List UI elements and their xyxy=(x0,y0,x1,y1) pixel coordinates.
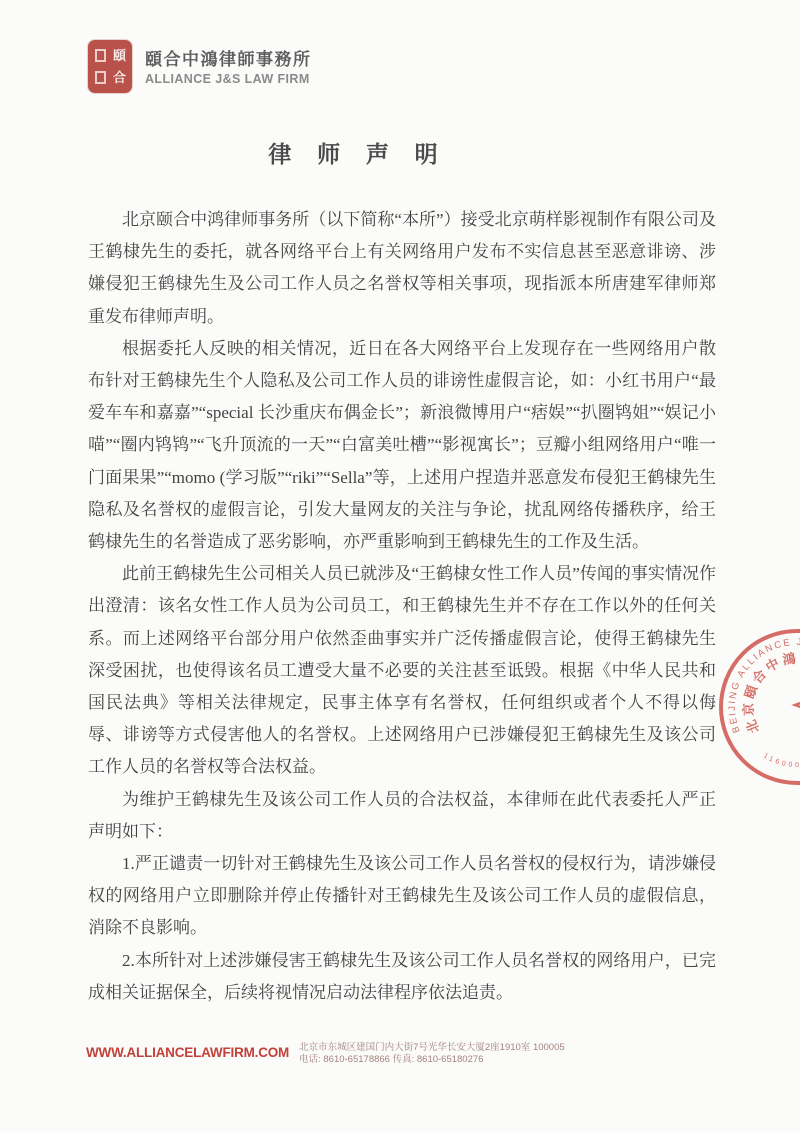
document-title: 律 师 声 明 xyxy=(0,136,716,169)
statement-body: 北京颐合中鸿律师事务所（以下简称“本所”）接受北京萌样影视制作有限公司及王鹤棣先… xyxy=(88,204,716,1009)
paragraph-intro: 北京颐合中鸿律师事务所（以下简称“本所”）接受北京萌样影视制作有限公司及王鹤棣先… xyxy=(88,204,716,333)
footer: WWW.ALLIANCELAWFIRM.COM 北京市东城区建国门内大街7号光华… xyxy=(86,1042,726,1066)
firm-name-english: ALLIANCE J&S LAW FIRM xyxy=(145,72,312,86)
seal-logo-char-1: 頤 xyxy=(110,44,129,67)
footer-contact-block: 北京市东城区建国门内大街7号光华长安大厦2座1910室 100005 电话: 8… xyxy=(299,1042,565,1066)
seal-logo-mark xyxy=(91,67,110,90)
stamp-graphic-icon: BEIJING ALLIANCE J&S LAW FIRM 北京頤合中鴻律師事務… xyxy=(717,627,800,787)
seal-logo-mark xyxy=(91,44,110,67)
paragraph-clarification: 此前王鹤棣先生公司相关人员已就涉及“王鹤棣女性工作人员”传闻的事实情况作出澄清：… xyxy=(88,558,716,783)
paragraph-declaration-lead: 为维护王鹤棣先生及该公司工作人员的合法权益，本律师在此代表委托人严正声明如下： xyxy=(88,784,716,848)
paragraph-allegations: 根据委托人反映的相关情况，近日在各大网络平台上发现存在一些网络用户散布针对王鹤棣… xyxy=(88,333,716,558)
legal-statement-page: { "header": { "logo_seal_chars": ["頤", "… xyxy=(0,0,800,1132)
firm-seal-logo-icon: 頤 合 xyxy=(88,40,132,93)
footer-phone-fax: 电话: 8610-65178866 传真: 8610-65180276 xyxy=(299,1054,565,1066)
firm-name-chinese: 頤合中鴻律師事務所 xyxy=(145,45,312,70)
paragraph-demand-2: 2.本所针对上述涉嫌侵害王鹤棣先生及该公司工作人员名誉权的网络用户，已完成相关证… xyxy=(88,945,716,1009)
firm-website: WWW.ALLIANCELAWFIRM.COM xyxy=(86,1042,289,1060)
official-round-stamp: BEIJING ALLIANCE J&S LAW FIRM 北京頤合中鴻律師事務… xyxy=(717,627,800,787)
letterhead: 頤 合 頤合中鴻律師事務所 ALLIANCE J&S LAW FIRM xyxy=(88,40,312,93)
seal-logo-char-2: 合 xyxy=(110,67,129,90)
footer-address: 北京市东城区建国门内大街7号光华长安大厦2座1910室 100005 xyxy=(299,1042,565,1054)
paragraph-demand-1: 1.严正谴责一切针对王鹤棣先生及该公司工作人员名誉权的侵权行为，请涉嫌侵权的网络… xyxy=(88,848,716,945)
firm-name-block: 頤合中鴻律師事務所 ALLIANCE J&S LAW FIRM xyxy=(145,40,312,86)
stamp-star-icon xyxy=(795,680,800,729)
svg-text:1160000039: 1160000039 xyxy=(762,752,800,769)
stamp-serial-number: 1160000039 xyxy=(762,752,800,769)
